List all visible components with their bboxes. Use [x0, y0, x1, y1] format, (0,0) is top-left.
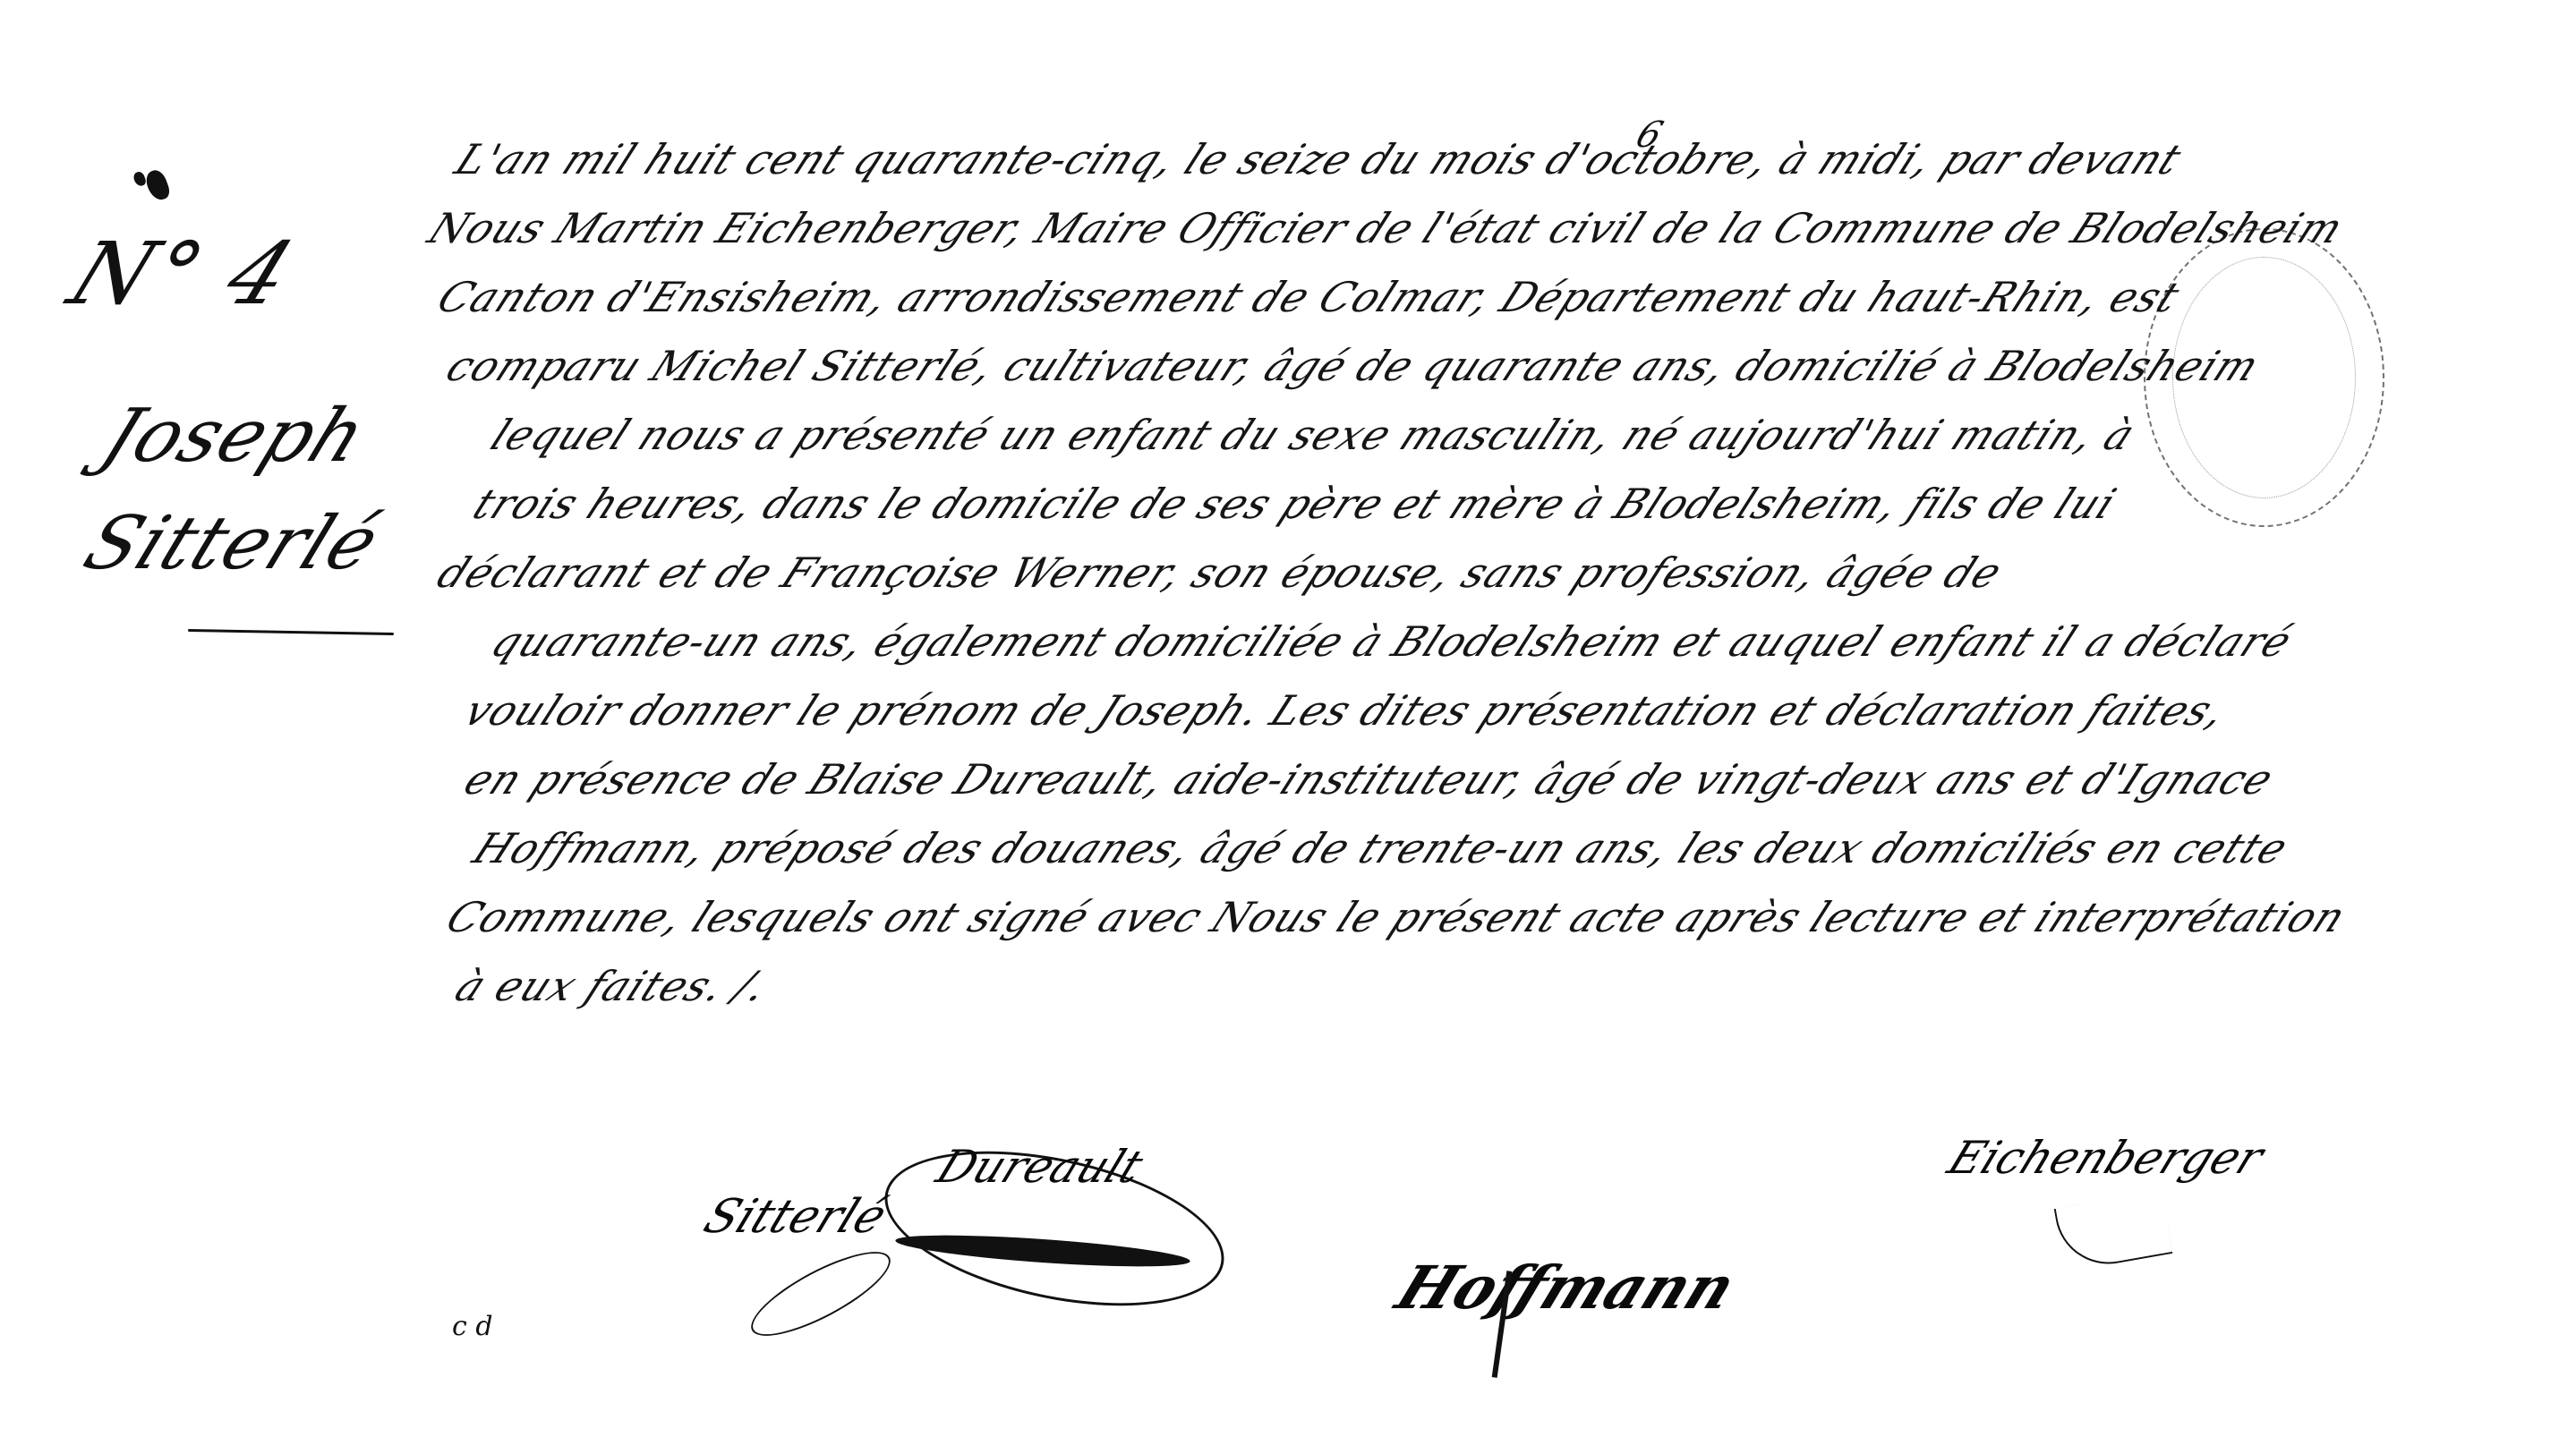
- signature-witness-1: Dureault: [929, 1141, 1150, 1193]
- record-line: à eux faites. /.: [443, 952, 2505, 1021]
- bottom-mark: c d: [452, 1311, 493, 1342]
- record-line: quarante-un ans, également domiciliée à …: [479, 608, 2505, 676]
- record-line: Nous Martin Eichenberger, Maire Officier…: [416, 194, 2505, 263]
- record-line: L'an mil huit cent quarante-cinq, le sei…: [443, 125, 2505, 194]
- record-line: Commune, lesquels ont signé avec Nous le…: [434, 883, 2505, 952]
- margin-child-last-name: Sitterlé: [73, 501, 392, 586]
- record-line: comparu Michel Sitterlé, cultivateur, âg…: [434, 332, 2505, 401]
- act-number-text: N° 4: [55, 224, 311, 324]
- record-line: Hoffmann, préposé des douanes, âgé de tr…: [461, 814, 2505, 883]
- document-page: N° 4 Joseph Sitterlé 6 L'an mil huit cen…: [0, 0, 2576, 1437]
- signature-declarant: Sitterlé: [696, 1190, 894, 1244]
- signature-mayor: Eichenberger: [1941, 1132, 2271, 1184]
- record-line: Canton d'Ensisheim, arrondissement de Co…: [425, 263, 2505, 332]
- record-line: vouloir donner le prénom de Joseph. Les …: [452, 676, 2505, 745]
- signature-mayor-flourish: [2054, 1190, 2173, 1272]
- record-line: en présence de Blaise Dureault, aide-ins…: [452, 745, 2505, 814]
- record-line: lequel nous a présenté un enfant du sexe…: [479, 401, 2505, 470]
- record-line: déclarant et de Françoise Werner, son ép…: [425, 539, 2505, 608]
- record-body: L'an mil huit cent quarante-cinq, le sei…: [416, 125, 2475, 1021]
- act-number: N° 4: [55, 224, 311, 324]
- record-line: trois heures, dans le domicile de ses pè…: [461, 470, 2505, 539]
- signature-witness-2: Hoffmann: [1386, 1253, 1745, 1322]
- signature-tail-loop: [741, 1237, 900, 1351]
- margin-child-first-name: Joseph: [90, 394, 380, 479]
